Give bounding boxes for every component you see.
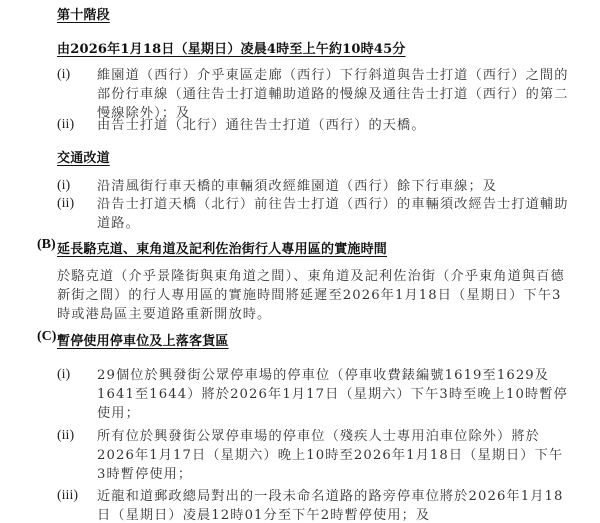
phase-title: 第十階段 [57, 4, 110, 23]
closure-text: 維園道（西行）介乎東區走廊（西行）下行斜道與告士打道（西行）之間的部份行車線（通… [97, 66, 569, 123]
closure-label: (i) [57, 67, 70, 83]
parking-item-label: (ii) [57, 428, 74, 444]
diversion-label: (i) [57, 178, 70, 194]
parking-item-text: 近龍和道郵政總局對出的一段未命名道路的路旁停車位將於2026年1月18日（星期日… [97, 487, 573, 523]
section-c-title: 暫停使用停車位及上落客貨區 [57, 330, 229, 349]
parking-item-label: (i) [57, 367, 70, 383]
diversion-title: 交通改道 [57, 147, 110, 166]
diversion-label: (ii) [57, 196, 74, 212]
section-c-label: (C) [37, 329, 56, 345]
section-b-label: (B) [37, 237, 56, 253]
diversion-text: 沿告士打道天橋（北行）前往告士打道（西行）的車輛須改經告士打道輔助道路。 [97, 195, 569, 233]
diversion-text: 沿清風街行車天橋的車輛須改經維園道（西行）餘下行車線；及 [97, 177, 569, 196]
section-b-body: 於駱克道（介乎景隆街與東角道之間）、東角道及記利佐治街（介乎東角道與百德新街之間… [57, 267, 569, 324]
closure-label: (ii) [57, 117, 74, 133]
parking-item-label: (iii) [57, 488, 78, 504]
closure-text: 由告士打道（北行）通往告士打道（西行）的天橋。 [97, 116, 569, 135]
section-b-title: 延長駱克道、東角道及記利佐治街行人專用區的實施時間 [57, 238, 387, 257]
parking-item-text: 所有位於興發街公眾停車場的停車位（殘疾人士專用泊車位除外）將於2026年1月17… [97, 427, 569, 484]
phase-time-heading: 由2026年1月18日（星期日）凌晨4時至上午約10時45分 [57, 38, 406, 57]
parking-item-text: 29個位於興發街公眾停車場的停車位（停車收費錶編號1619至1629及1641至… [97, 366, 569, 423]
